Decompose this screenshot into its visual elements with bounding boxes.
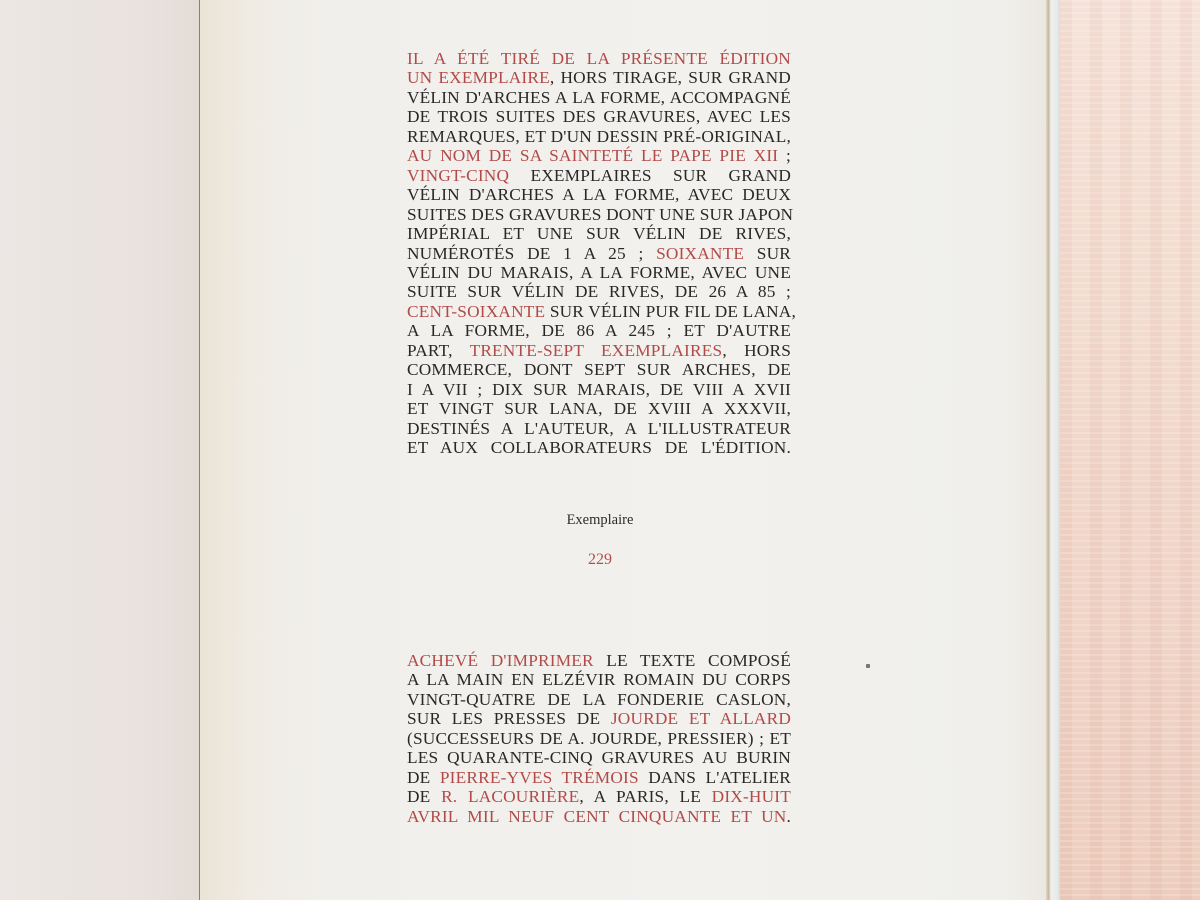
body-text: DE TROIS SUITES DES GRAVURES, AVEC LES (407, 107, 791, 126)
body-text: ET AUX COLLABORATEURS DE L'ÉDITION. (407, 438, 791, 457)
text-line: A LA MAIN EN ELZÉVIR ROMAIN DU CORPS (407, 670, 791, 689)
body-text: ET VINGT SUR LANA, DE XVIII A XXXVII, (407, 399, 791, 418)
body-text: PART, (407, 341, 470, 360)
body-text: SUR (744, 244, 791, 263)
text-line: VÉLIN D'ARCHES A LA FORME, AVEC DEUX (407, 185, 791, 204)
text-line: ET VINGT SUR LANA, DE XVIII A XXXVII, (407, 399, 791, 418)
text-line: SUR LES PRESSES DE JOURDE ET ALLARD (407, 709, 791, 728)
body-text: , A PARIS, LE (579, 787, 711, 806)
body-text: A LA FORME, DE 86 A 245 ; ET D'AUTRE (407, 321, 791, 340)
rubricated-text: JOURDE ET ALLARD (611, 709, 791, 728)
text-line: DESTINÉS A L'AUTEUR, A L'ILLUSTRATEUR (407, 419, 791, 438)
body-text: , HORS (722, 341, 791, 360)
text-line: LES QUARANTE-CINQ GRAVURES AU BURIN (407, 748, 791, 767)
body-text: DE (407, 787, 441, 806)
body-text: VÉLIN D'ARCHES A LA FORME, ACCOMPAGNÉ (407, 88, 791, 107)
rubricated-text: R. LACOURIÈRE (441, 787, 579, 806)
body-text: VÉLIN DU MARAIS, A LA FORME, AVEC UNE (407, 263, 791, 282)
rubricated-text: CENT-SOIXANTE (407, 302, 545, 321)
text-line: COMMERCE, DONT SEPT SUR ARCHES, DE (407, 360, 791, 379)
text-line: VÉLIN DU MARAIS, A LA FORME, AVEC UNE (407, 263, 791, 282)
copy-number: 229 (0, 551, 1200, 569)
body-text: NUMÉROTÉS DE 1 A 25 ; (407, 244, 656, 263)
rubricated-text: VINGT-CINQ (407, 166, 509, 185)
rubricated-text: SOIXANTE (656, 244, 744, 263)
text-line: IMPÉRIAL ET UNE SUR VÉLIN DE RIVES, (407, 224, 791, 243)
rubricated-text: AU NOM DE SA SAINTETÉ LE PAPE PIE XII (407, 146, 778, 165)
body-text: (SUCCESSEURS DE A. JOURDE, PRESSIER) ; E… (407, 729, 791, 748)
text-line: I A VII ; DIX SUR MARAIS, DE VIII A XVII (407, 380, 791, 399)
text-line: ET AUX COLLABORATEURS DE L'ÉDITION. (407, 438, 791, 457)
copy-number-label: Exemplaire (0, 512, 1200, 529)
text-line: VINGT-CINQ EXEMPLAIRES SUR GRAND (407, 166, 791, 185)
text-line: DE R. LACOURIÈRE, A PARIS, LE DIX-HUIT (407, 787, 791, 806)
rubricated-text: PIERRE-YVES TRÉMOIS (440, 768, 639, 787)
body-text: ; (778, 146, 791, 165)
body-text: IMPÉRIAL ET UNE SUR VÉLIN DE RIVES, (407, 224, 791, 243)
body-text: EXEMPLAIRES SUR GRAND (509, 166, 791, 185)
text-line: VÉLIN D'ARCHES A LA FORME, ACCOMPAGNÉ (407, 88, 791, 107)
page-edge (1046, 0, 1060, 900)
rubricated-text: AVRIL MIL NEUF CENT CINQUANTE ET UN (407, 807, 786, 826)
text-line: (SUCCESSEURS DE A. JOURDE, PRESSIER) ; E… (407, 729, 791, 748)
text-line: REMARQUES, ET D'UN DESSIN PRÉ-ORIGINAL, (407, 127, 791, 146)
text-line: CENT-SOIXANTE SUR VÉLIN PUR FIL DE LANA, (407, 302, 791, 321)
text-line: DE TROIS SUITES DES GRAVURES, AVEC LES (407, 107, 791, 126)
text-line: SUITE SUR VÉLIN DE RIVES, DE 26 A 85 ; (407, 282, 791, 301)
body-text: A LA MAIN EN ELZÉVIR ROMAIN DU CORPS (407, 670, 791, 689)
rubricated-text: ACHEVÉ D'IMPRIMER (407, 651, 594, 670)
justification-of-print-run: IL A ÉTÉ TIRÉ DE LA PRÉSENTE ÉDITIONUN E… (407, 49, 791, 458)
printing-colophon: ACHEVÉ D'IMPRIMER LE TEXTE COMPOSÉA LA M… (407, 651, 791, 826)
body-text: REMARQUES, ET D'UN DESSIN PRÉ-ORIGINAL, (407, 127, 791, 146)
body-text: SUR LES PRESSES DE (407, 709, 611, 728)
body-text: SUITE SUR VÉLIN DE RIVES, DE 26 A 85 ; (407, 282, 791, 301)
body-text: DANS L'ATELIER (639, 768, 791, 787)
text-line: DE PIERRE-YVES TRÉMOIS DANS L'ATELIER (407, 768, 791, 787)
rubricated-text: UN EXEMPLAIRE (407, 68, 550, 87)
rubricated-text: DIX-HUIT (712, 787, 791, 806)
body-text: SUR VÉLIN PUR FIL DE LANA, (545, 302, 796, 321)
left-page (0, 0, 200, 900)
text-line: IL A ÉTÉ TIRÉ DE LA PRÉSENTE ÉDITION (407, 49, 791, 68)
text-line: ACHEVÉ D'IMPRIMER LE TEXTE COMPOSÉ (407, 651, 791, 670)
rubricated-text: TRENTE-SEPT EXEMPLAIRES (470, 341, 723, 360)
text-line: AVRIL MIL NEUF CENT CINQUANTE ET UN. (407, 807, 791, 826)
text-line: PART, TRENTE-SEPT EXEMPLAIRES, HORS (407, 341, 791, 360)
body-text: VINGT-QUATRE DE LA FONDERIE CASLON, (407, 690, 791, 709)
text-line: UN EXEMPLAIRE, HORS TIRAGE, SUR GRAND (407, 68, 791, 87)
body-text: I A VII ; DIX SUR MARAIS, DE VIII A XVII (407, 380, 791, 399)
body-text: . (786, 807, 791, 826)
rubricated-text: IL A ÉTÉ TIRÉ DE LA PRÉSENTE ÉDITION (407, 49, 791, 68)
wooden-table-background (1060, 0, 1200, 900)
text-line: VINGT-QUATRE DE LA FONDERIE CASLON, (407, 690, 791, 709)
text-line: SUITES DES GRAVURES DONT UNE SUR JAPON (407, 205, 791, 224)
body-text: SUITES DES GRAVURES DONT UNE SUR JAPON (407, 205, 793, 224)
text-line: AU NOM DE SA SAINTETÉ LE PAPE PIE XII ; (407, 146, 791, 165)
paper-speck (866, 664, 870, 668)
body-text: LE TEXTE COMPOSÉ (594, 651, 791, 670)
body-text: VÉLIN D'ARCHES A LA FORME, AVEC DEUX (407, 185, 791, 204)
body-text: LES QUARANTE-CINQ GRAVURES AU BURIN (407, 748, 791, 767)
text-line: A LA FORME, DE 86 A 245 ; ET D'AUTRE (407, 321, 791, 340)
body-text: DESTINÉS A L'AUTEUR, A L'ILLUSTRATEUR (407, 419, 791, 438)
body-text: DE (407, 768, 440, 787)
body-text: COMMERCE, DONT SEPT SUR ARCHES, DE (407, 360, 791, 379)
body-text: , HORS TIRAGE, SUR GRAND (550, 68, 791, 87)
text-line: NUMÉROTÉS DE 1 A 25 ; SOIXANTE SUR (407, 244, 791, 263)
